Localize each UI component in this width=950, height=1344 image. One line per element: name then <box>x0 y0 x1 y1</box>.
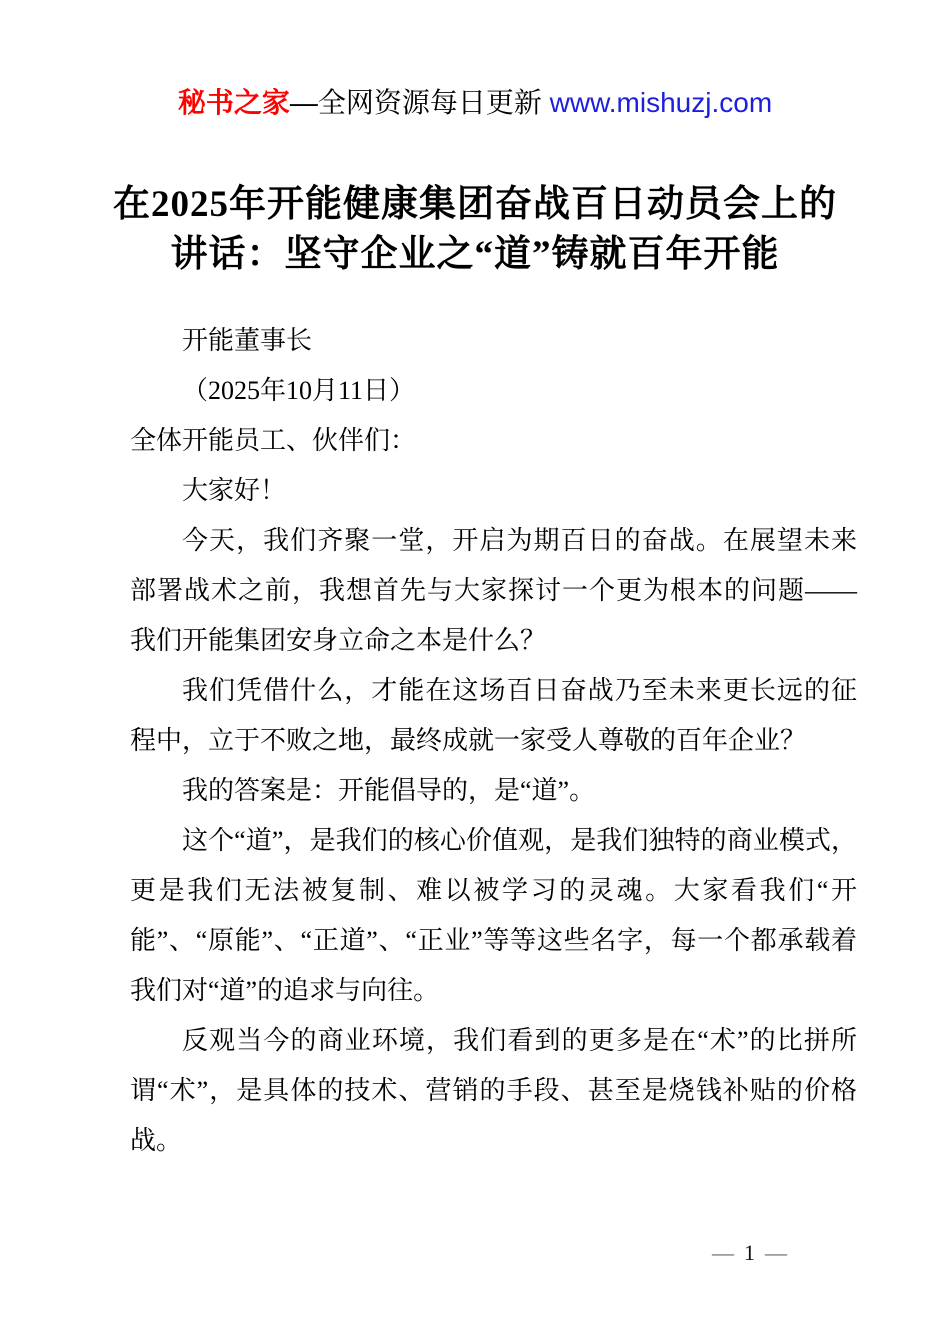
title-line-2: 讲话：坚守企业之“道”铸就百年开能 <box>60 230 890 280</box>
paragraph: 开能董事长 <box>130 316 857 366</box>
paragraph: 全体开能员工、伙伴们： <box>130 416 857 466</box>
body-paragraphs: 开能董事长（2025年10月11日）全体开能员工、伙伴们：大家好！今天，我们齐聚… <box>130 316 857 1166</box>
site-tagline: —全网资源每日更新 <box>290 87 550 118</box>
paragraph: 我的答案是：开能倡导的，是“道”。 <box>130 766 857 816</box>
site-brand: 秘书之家 <box>178 87 290 118</box>
page-number-value: 1 <box>734 1240 765 1265</box>
paragraph: 反观当今的商业环境，我们看到的更多是在“术”的比拼所谓“术”，是具体的技术、营销… <box>130 1016 857 1166</box>
paragraph: （2025年10月11日） <box>130 366 857 416</box>
paragraph: 这个“道”，是我们的核心价值观，是我们独特的商业模式，更是我们无法被复制、难以被… <box>130 816 857 1016</box>
paragraph: 我们凭借什么，才能在这场百日奋战乃至未来更长远的征程中，立于不败之地，最终成就一… <box>130 666 857 766</box>
site-header: 秘书之家—全网资源每日更新 www.mishuzj.com <box>0 86 950 120</box>
paragraph: 大家好！ <box>130 466 857 516</box>
paragraph: 今天，我们齐聚一堂，开启为期百日的奋战。在展望未来部署战术之前，我想首先与大家探… <box>130 516 857 666</box>
page-number-left-dash: — <box>712 1240 734 1265</box>
page-number: —1— <box>712 1242 787 1264</box>
page-number-right-dash: — <box>765 1240 787 1265</box>
title-line-1: 在2025年开能健康集团奋战百日动员会上的 <box>60 180 890 230</box>
document-page: 秘书之家—全网资源每日更新 www.mishuzj.com 在2025年开能健康… <box>0 0 950 1344</box>
site-url-link[interactable]: www.mishuzj.com <box>550 87 772 118</box>
document-title: 在2025年开能健康集团奋战百日动员会上的 讲话：坚守企业之“道”铸就百年开能 <box>60 180 890 280</box>
